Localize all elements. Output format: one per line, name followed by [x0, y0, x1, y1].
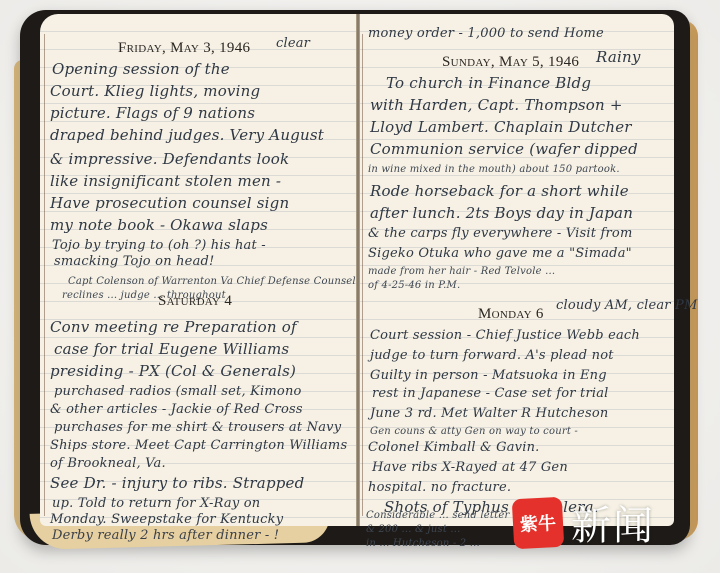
handwritten-line: Colonel Kimball & Gavin. [368, 440, 539, 455]
handwritten-line: Guilty in person - Matsuoka in Eng [370, 368, 607, 383]
handwritten-line: Considerable ... send letter [366, 510, 509, 521]
handwritten-line: Communion service (wafer dipped [370, 140, 638, 158]
handwritten-line: & impressive. Defendants look [50, 150, 289, 168]
watermark-text: 新闻 [571, 494, 655, 551]
handwritten-line: Have prosecution counsel sign [50, 194, 289, 212]
handwritten-line: in wine mixed in the mouth) about 150 pa… [368, 164, 620, 175]
handwritten-line: after lunch. 2ts Boys day in Japan [370, 204, 633, 222]
handwritten-line: like insignificant stolen men - [50, 172, 281, 190]
handwritten-line: made from her hair - Red Telvole ... [368, 266, 555, 277]
handwritten-line: rest in Japanese - Case set for trial [372, 386, 609, 401]
handwritten-line: Have ribs X-Rayed at 47 Gen [372, 460, 568, 475]
handwritten-line: up. Told to return for X-Ray on [52, 496, 260, 511]
handwritten-line: Rode horseback for a short while [370, 182, 629, 200]
handwritten-line: To church in Finance Bldg [386, 74, 591, 92]
handwritten-line: of 4-25-46 in P.M. [368, 280, 460, 291]
watermark-logo-badge: 紫牛 [512, 496, 565, 549]
margin-line [362, 34, 363, 516]
weather-note: cloudy AM, clear PM [556, 298, 698, 313]
handwritten-line: Conv meeting re Preparation of [50, 318, 297, 336]
handwritten-line: & other articles - Jackie of Red Cross [50, 402, 303, 417]
weather-note: Rainy [596, 48, 641, 66]
handwritten-line: Court. Klieg lights, moving [50, 82, 260, 100]
handwritten-line: Capt Colenson of Warrenton Va Chief Defe… [68, 276, 356, 287]
handwritten-line: & the carps fly everywhere - Visit from [368, 226, 632, 241]
handwritten-line: my note book - Okawa slaps [50, 216, 268, 234]
handwritten-line: purchases for me shirt & trousers at Nav… [54, 420, 341, 435]
handwritten-line: Ships store. Meet Capt Carrington Willia… [50, 438, 347, 453]
diary-page-left: Friday, May 3, 1946 clear Opening sessio… [40, 14, 358, 526]
date-heading-sunday: Sunday, May 5, 1946 [442, 54, 579, 71]
handwritten-line: June 3 rd. Met Walter R Hutcheson [370, 406, 608, 421]
handwritten-line: case for trial Eugene Williams [54, 340, 289, 358]
weather-note: clear [276, 36, 310, 51]
handwritten-line: purchased radios (small set, Kimono [54, 384, 302, 399]
handwritten-line: with Harden, Capt. Thompson + [370, 96, 623, 114]
handwritten-line: & 200 ... & just ... [366, 524, 461, 535]
diary-page-right: money order - 1,000 to send Home Sunday,… [360, 14, 674, 526]
handwritten-line: See Dr. - injury to ribs. Strapped [50, 474, 304, 492]
handwritten-line: smacking Tojo on head! [54, 254, 214, 269]
handwritten-line: hospital. no fracture. [368, 480, 511, 495]
handwritten-top-note: money order - 1,000 to send Home [368, 26, 604, 41]
handwritten-line: of Brookneal, Va. [50, 456, 166, 471]
date-heading-friday: Friday, May 3, 1946 [118, 40, 250, 57]
handwritten-line: picture. Flags of 9 nations [50, 104, 255, 122]
handwritten-line: Sigeko Otuka who gave me a "Simada" [368, 246, 632, 261]
handwritten-line: Court session - Chief Justice Webb each [370, 328, 640, 343]
handwritten-line: draped behind judges. Very August [50, 126, 324, 144]
handwritten-line: Derby really 2 hrs after dinner - ! [52, 528, 279, 543]
handwritten-line: presiding - PX (Col & Generals) [50, 362, 296, 380]
handwritten-line: Tojo by trying to (oh ?) his hat - [52, 238, 266, 253]
handwritten-line: Monday. Sweepstake for Kentucky [50, 512, 283, 527]
date-heading-saturday: Saturday 4 [158, 293, 232, 310]
handwritten-line: in ... Hutcheson - 2 ... [366, 538, 480, 549]
handwritten-line: Gen couns & atty Gen on way to court - [370, 426, 578, 437]
news-watermark: 紫牛 新闻 [513, 494, 655, 551]
handwritten-line: Lloyd Lambert. Chaplain Dutcher [370, 118, 632, 136]
handwritten-line: Opening session of the [52, 60, 230, 78]
date-heading-monday: Monday 6 [478, 306, 544, 323]
handwritten-line: judge to turn forward. A's plead not [370, 348, 614, 363]
margin-line [44, 34, 45, 516]
